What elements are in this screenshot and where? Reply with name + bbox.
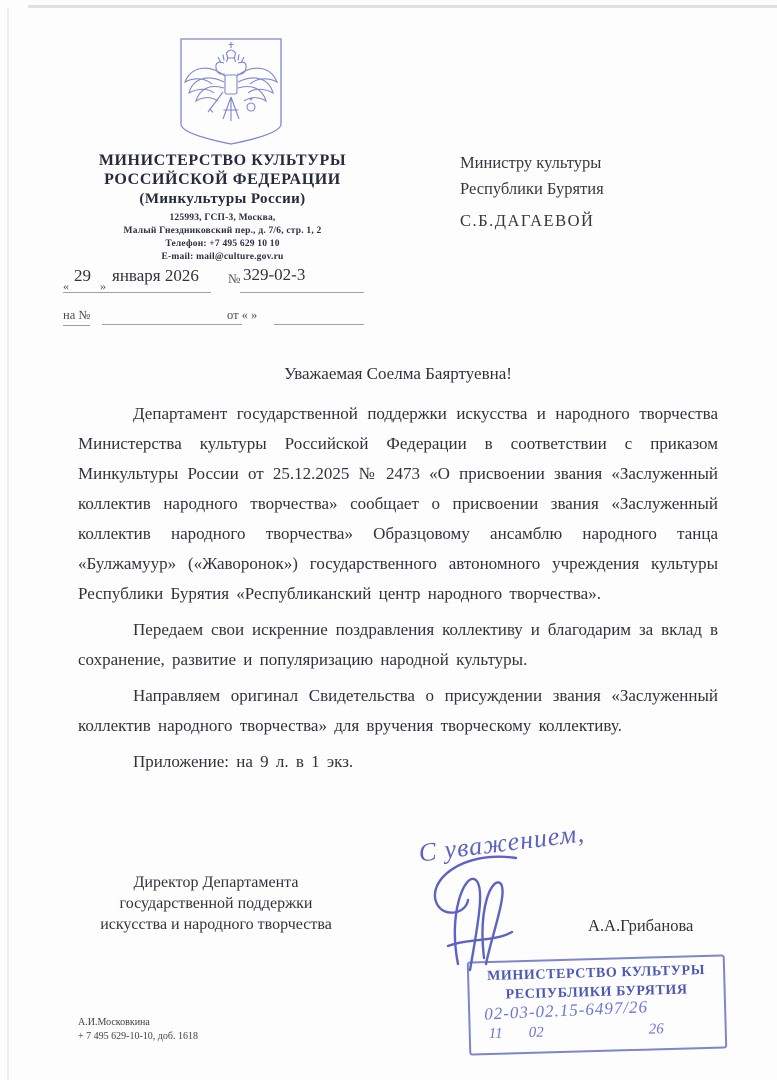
incoming-stamp: МИНИСТЕРСТВО КУЛЬТУРЫ РЕСПУБЛИКИ БУРЯТИЯ…	[467, 954, 728, 1055]
contact-email: E-mail: mail@culture.gov.ru	[40, 251, 405, 264]
stamp-date-month: 02	[529, 1025, 544, 1042]
addressee-block: Министру культуры Республики Бурятия С.Б…	[460, 150, 710, 234]
signature-title-line-2: государственной поддержки	[70, 893, 362, 914]
contact-address-line-1: 125993, ГСП-3, Москва,	[40, 212, 405, 225]
reply-ref-label: на №	[63, 308, 90, 326]
outgoing-number: 329-02-3	[243, 265, 305, 285]
addressee-name: С.Б.ДАГАЕВОЙ	[460, 208, 710, 234]
date-underline	[63, 292, 211, 293]
salutation: Уважаемая Соелма Баяртуевна!	[78, 364, 718, 384]
reply-date-blank	[274, 324, 364, 325]
body-paragraph-1: Департамент государственной поддержки ис…	[78, 399, 718, 609]
body-paragraph-4: Приложение: на 9 л. в 1 экз.	[78, 747, 718, 777]
contact-address-line-2: Малый Гнездниковский пер., д. 7/6, стр. …	[40, 225, 405, 238]
ministry-name-block: МИНИСТЕРСТВО КУЛЬТУРЫ РОССИЙСКОЙ ФЕДЕРАЦ…	[40, 151, 405, 210]
contact-phone: Телефон: +7 495 629 10 10	[40, 238, 405, 251]
ministry-short-name: (Минкультуры России)	[40, 189, 405, 210]
addressee-line-2: Республики Бурятия	[460, 176, 710, 202]
reply-ref-blank	[102, 324, 242, 325]
number-underline	[240, 292, 364, 293]
scan-edge-top	[28, 5, 777, 8]
signature-title-block: Директор Департамента государственной по…	[70, 872, 362, 935]
executor-name: А.И.Московкина	[78, 1016, 198, 1030]
signatory-name: А.А.Грибанова	[588, 916, 693, 936]
executor-block: А.И.Московкина + 7 495 629-10-10, доб. 1…	[78, 1016, 198, 1043]
russian-eagle-emblem-icon	[178, 37, 284, 146]
date-month-year: января 2026	[112, 266, 199, 286]
stamp-date-year: 26	[648, 1021, 663, 1038]
letterhead-contact-block: 125993, ГСП-3, Москва, Малый Гнездниковс…	[40, 212, 405, 264]
ministry-name-line-2: РОССИЙСКОЙ ФЕДЕРАЦИИ	[40, 170, 405, 189]
number-sign: №	[228, 271, 240, 287]
coat-of-arms-icon	[178, 37, 284, 146]
signature-title-line-3: искусства и народного творчества	[70, 914, 362, 935]
executor-phone: + 7 495 629-10-10, доб. 1618	[78, 1030, 198, 1044]
letter-body: Департамент государственной поддержки ис…	[78, 399, 718, 783]
signature-title-line-1: Директор Департамента	[70, 872, 362, 893]
scan-edge-left	[7, 8, 9, 1080]
date-day: 29	[74, 266, 91, 286]
body-paragraph-2: Передаем свои искренние поздравления кол…	[78, 615, 718, 675]
reply-date-label: от « »	[227, 308, 257, 323]
stamp-date-day: 11	[489, 1026, 503, 1043]
ministry-name-line-1: МИНИСТЕРСТВО КУЛЬТУРЫ	[40, 151, 405, 170]
letter-page: МИНИСТЕРСТВО КУЛЬТУРЫ РОССИЙСКОЙ ФЕДЕРАЦ…	[0, 0, 777, 1080]
body-paragraph-3: Направляем оригинал Свидетельства о прис…	[78, 681, 718, 741]
addressee-line-1: Министру культуры	[460, 150, 710, 176]
